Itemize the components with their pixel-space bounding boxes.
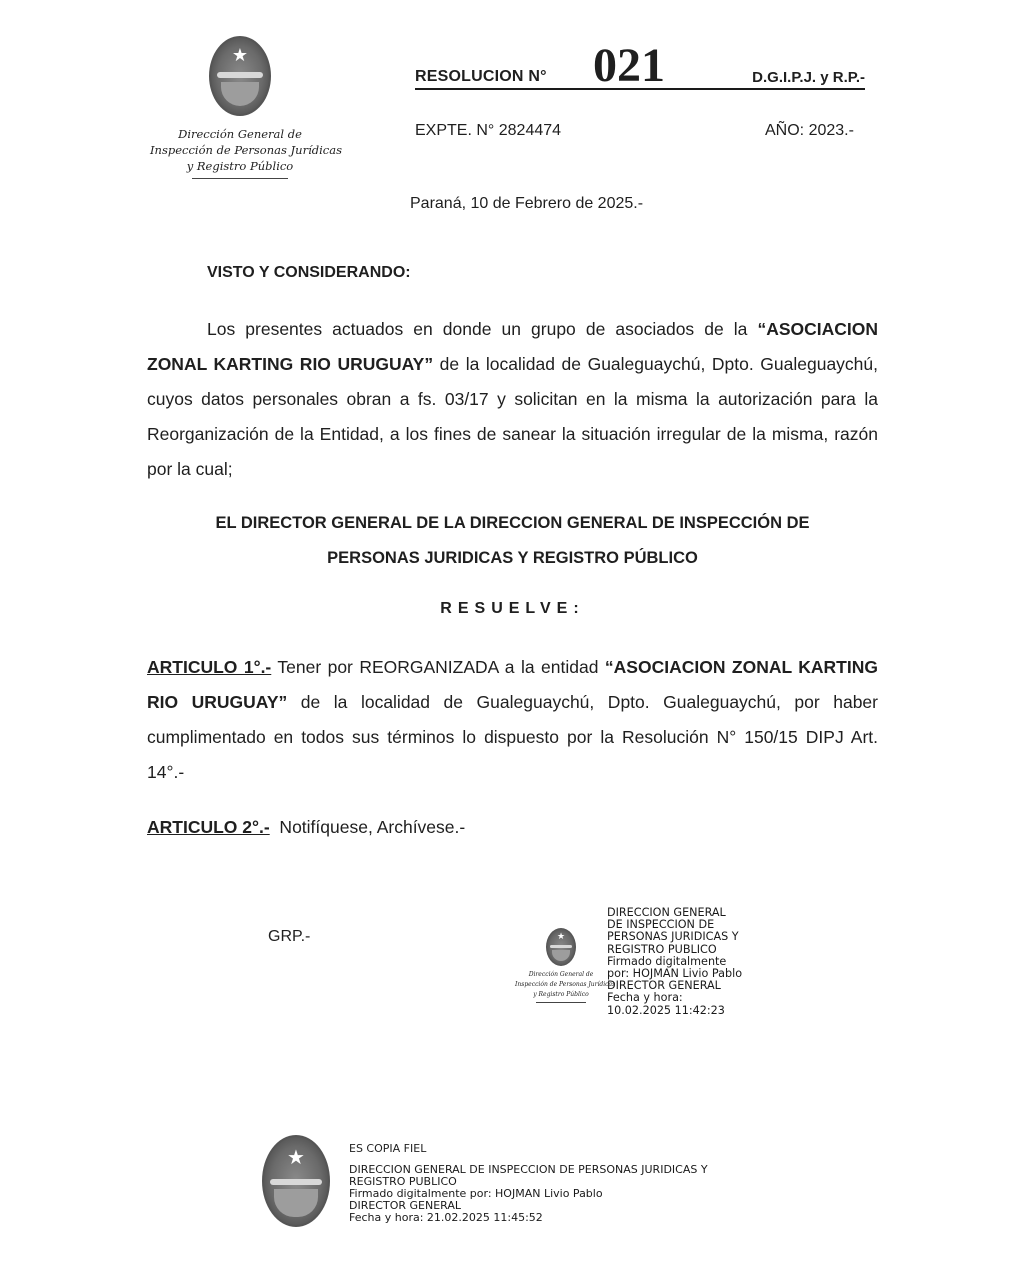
expediente-year: AÑO: 2023.- [765, 122, 854, 140]
place-date: Paraná, 10 de Febrero de 2025.- [410, 195, 643, 213]
star-icon: ★ [264, 1149, 328, 1167]
article-2-label: ARTICULO 2°.- [147, 817, 270, 837]
article-2: ARTICULO 2°.- Notifíquese, Archívese.- [147, 810, 878, 845]
signature-1-logo: ★ Dirección General de Inspección de Per… [515, 928, 607, 1003]
logo-caption: Dirección General de Inspección de Perso… [150, 126, 330, 174]
issuer-abbreviation: D.G.I.P.J. y R.P.- [752, 69, 865, 86]
coat-of-arms-icon: ★ [209, 36, 271, 116]
copy-certification-label: ES COPIA FIEL [349, 1142, 426, 1155]
digital-signature-1: DIRECCION GENERAL DE INSPECCION DE PERSO… [607, 907, 742, 1017]
logo-divider [192, 178, 288, 179]
logo-divider [536, 1002, 586, 1003]
institution-logo: ★ Dirección General de Inspección de Per… [150, 36, 330, 179]
article-1: ARTICULO 1°.- Tener por REORGANIZADA a l… [147, 650, 878, 790]
signature-2-seal: ★ [262, 1135, 330, 1227]
visto-paragraph: Los presentes actuados en donde un grupo… [147, 312, 878, 487]
star-icon: ★ [211, 46, 269, 64]
director-heading: EL DIRECTOR GENERAL DE LA DIRECCION GENE… [147, 506, 878, 576]
resolution-title: RESOLUCION N° 021 D.G.I.P.J. y R.P.- [415, 40, 865, 90]
expediente-number: EXPTE. N° 2824474 [415, 122, 561, 140]
coat-of-arms-icon: ★ [262, 1135, 330, 1227]
logo-caption: Dirección General de Inspección de Perso… [515, 970, 607, 1000]
visto-heading: VISTO Y CONSIDERANDO: [207, 264, 411, 282]
coat-of-arms-icon: ★ [546, 928, 576, 966]
resuelve-heading: RESUELVE: [147, 600, 878, 618]
star-icon: ★ [547, 932, 575, 941]
resolution-number: 021 [593, 42, 665, 90]
digital-signature-2: DIRECCION GENERAL DE INSPECCION DE PERSO… [349, 1164, 708, 1224]
article-1-label: ARTICULO 1°.- [147, 657, 271, 677]
resolution-label: RESOLUCION N° [415, 68, 547, 86]
initials: GRP.- [268, 928, 310, 946]
